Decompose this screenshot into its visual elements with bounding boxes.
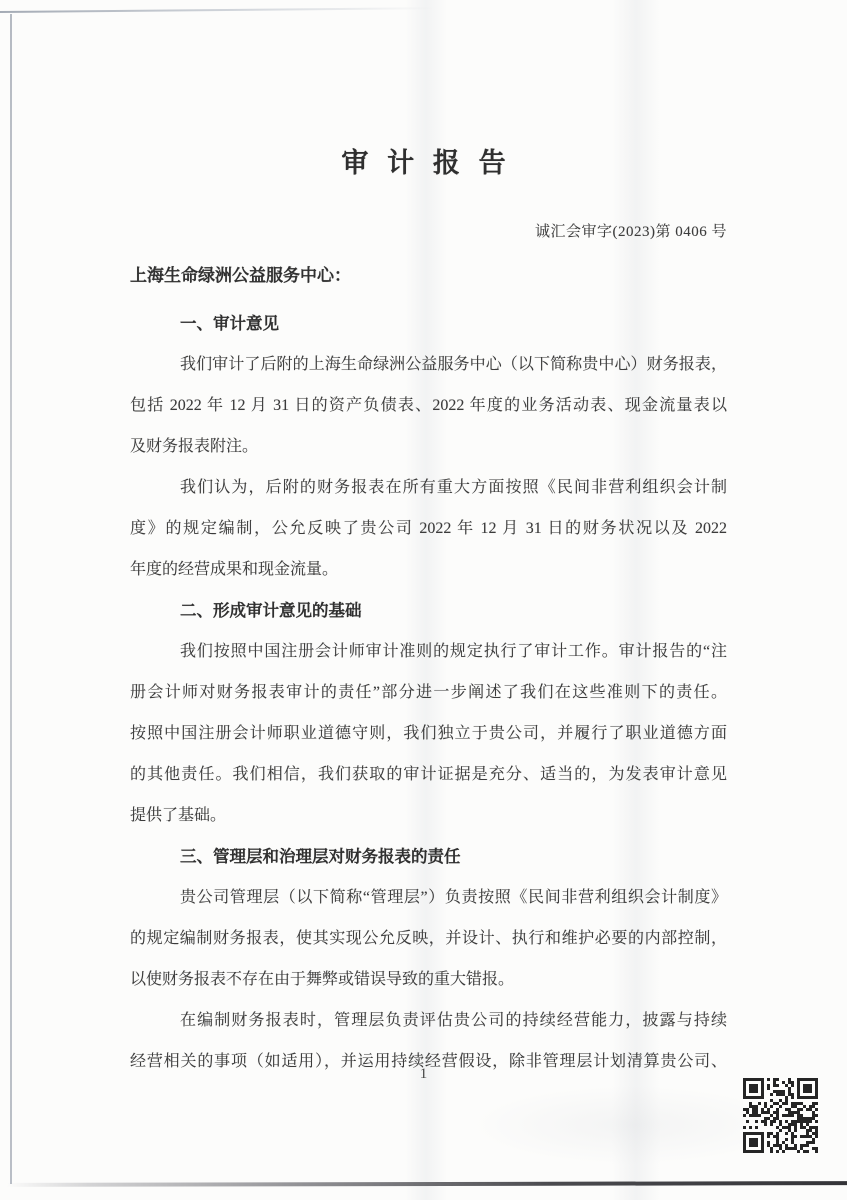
section-heading: 三、管理层和治理层对财务报表的责任 (130, 836, 727, 877)
body-line: 的其他责任。我们相信，我们获取的审计证据是充分、适当的，为发表审计意见 (130, 754, 727, 795)
addressee-line: 上海生命绿洲公益服务中心： (130, 261, 351, 286)
scanned-page: 审 计 报 告 诚汇会审字(2023)第 0406 号 上海生命绿洲公益服务中心… (0, 0, 847, 1200)
body-line: 贵公司管理层（以下简称“管理层”）负责按照《民间非营利组织会计制度》 (130, 877, 727, 918)
body-line: 以使财务报表不存在由于舞弊或错误导致的重大错报。 (130, 959, 727, 1000)
section-heading: 二、形成审计意见的基础 (130, 590, 727, 631)
body-line: 的规定编制财务报表，使其实现公允反映，并设计、执行和维护必要的内部控制， (130, 918, 727, 959)
body-line: 提供了基础。 (130, 795, 727, 836)
body-line: 按照中国注册会计师职业道德守则，我们独立于贵公司，并履行了职业道德方面 (130, 713, 727, 754)
document-title: 审 计 报 告 (0, 141, 847, 180)
body-line: 我们按照中国注册会计师审计准则的规定执行了审计工作。审计报告的“注 (130, 631, 727, 672)
scan-artifact-smudge (470, 1085, 790, 1165)
body-line: 度》的规定编制，公允反映了贵公司 2022 年 12 月 31 日的财务状况以及… (130, 508, 727, 549)
body-line: 我们审计了后附的上海生命绿洲公益服务中心（以下简称贵中心）财务报表， (130, 344, 727, 385)
section-heading: 一、审计意见 (130, 303, 727, 344)
body-line: 册会计师对财务报表审计的责任”部分进一步阐述了我们在这些准则下的责任。 (130, 672, 727, 713)
document-body: 一、审计意见 我们审计了后附的上海生命绿洲公益服务中心（以下简称贵中心）财务报表… (130, 303, 727, 1082)
page-number: 1 (0, 1066, 847, 1083)
body-line: 及财务报表附注。 (130, 426, 727, 467)
body-line: 包括 2022 年 12 月 31 日的资产负债表、2022 年度的业务活动表、… (130, 385, 727, 426)
body-line: 我们认为，后附的财务报表在所有重大方面按照《民间非营利组织会计制 (130, 467, 727, 508)
report-reference-number: 诚汇会审字(2023)第 0406 号 (535, 220, 727, 241)
body-line: 在编制财务报表时，管理层负责评估贵公司的持续经营能力，披露与持续 (130, 1000, 727, 1041)
scan-edge-left (10, 14, 12, 1184)
scan-edge-top (0, 7, 435, 13)
qr-code-icon (743, 1078, 818, 1153)
body-line: 年度的经营成果和现金流量。 (130, 549, 727, 590)
scan-edge-bottom (6, 1181, 847, 1187)
